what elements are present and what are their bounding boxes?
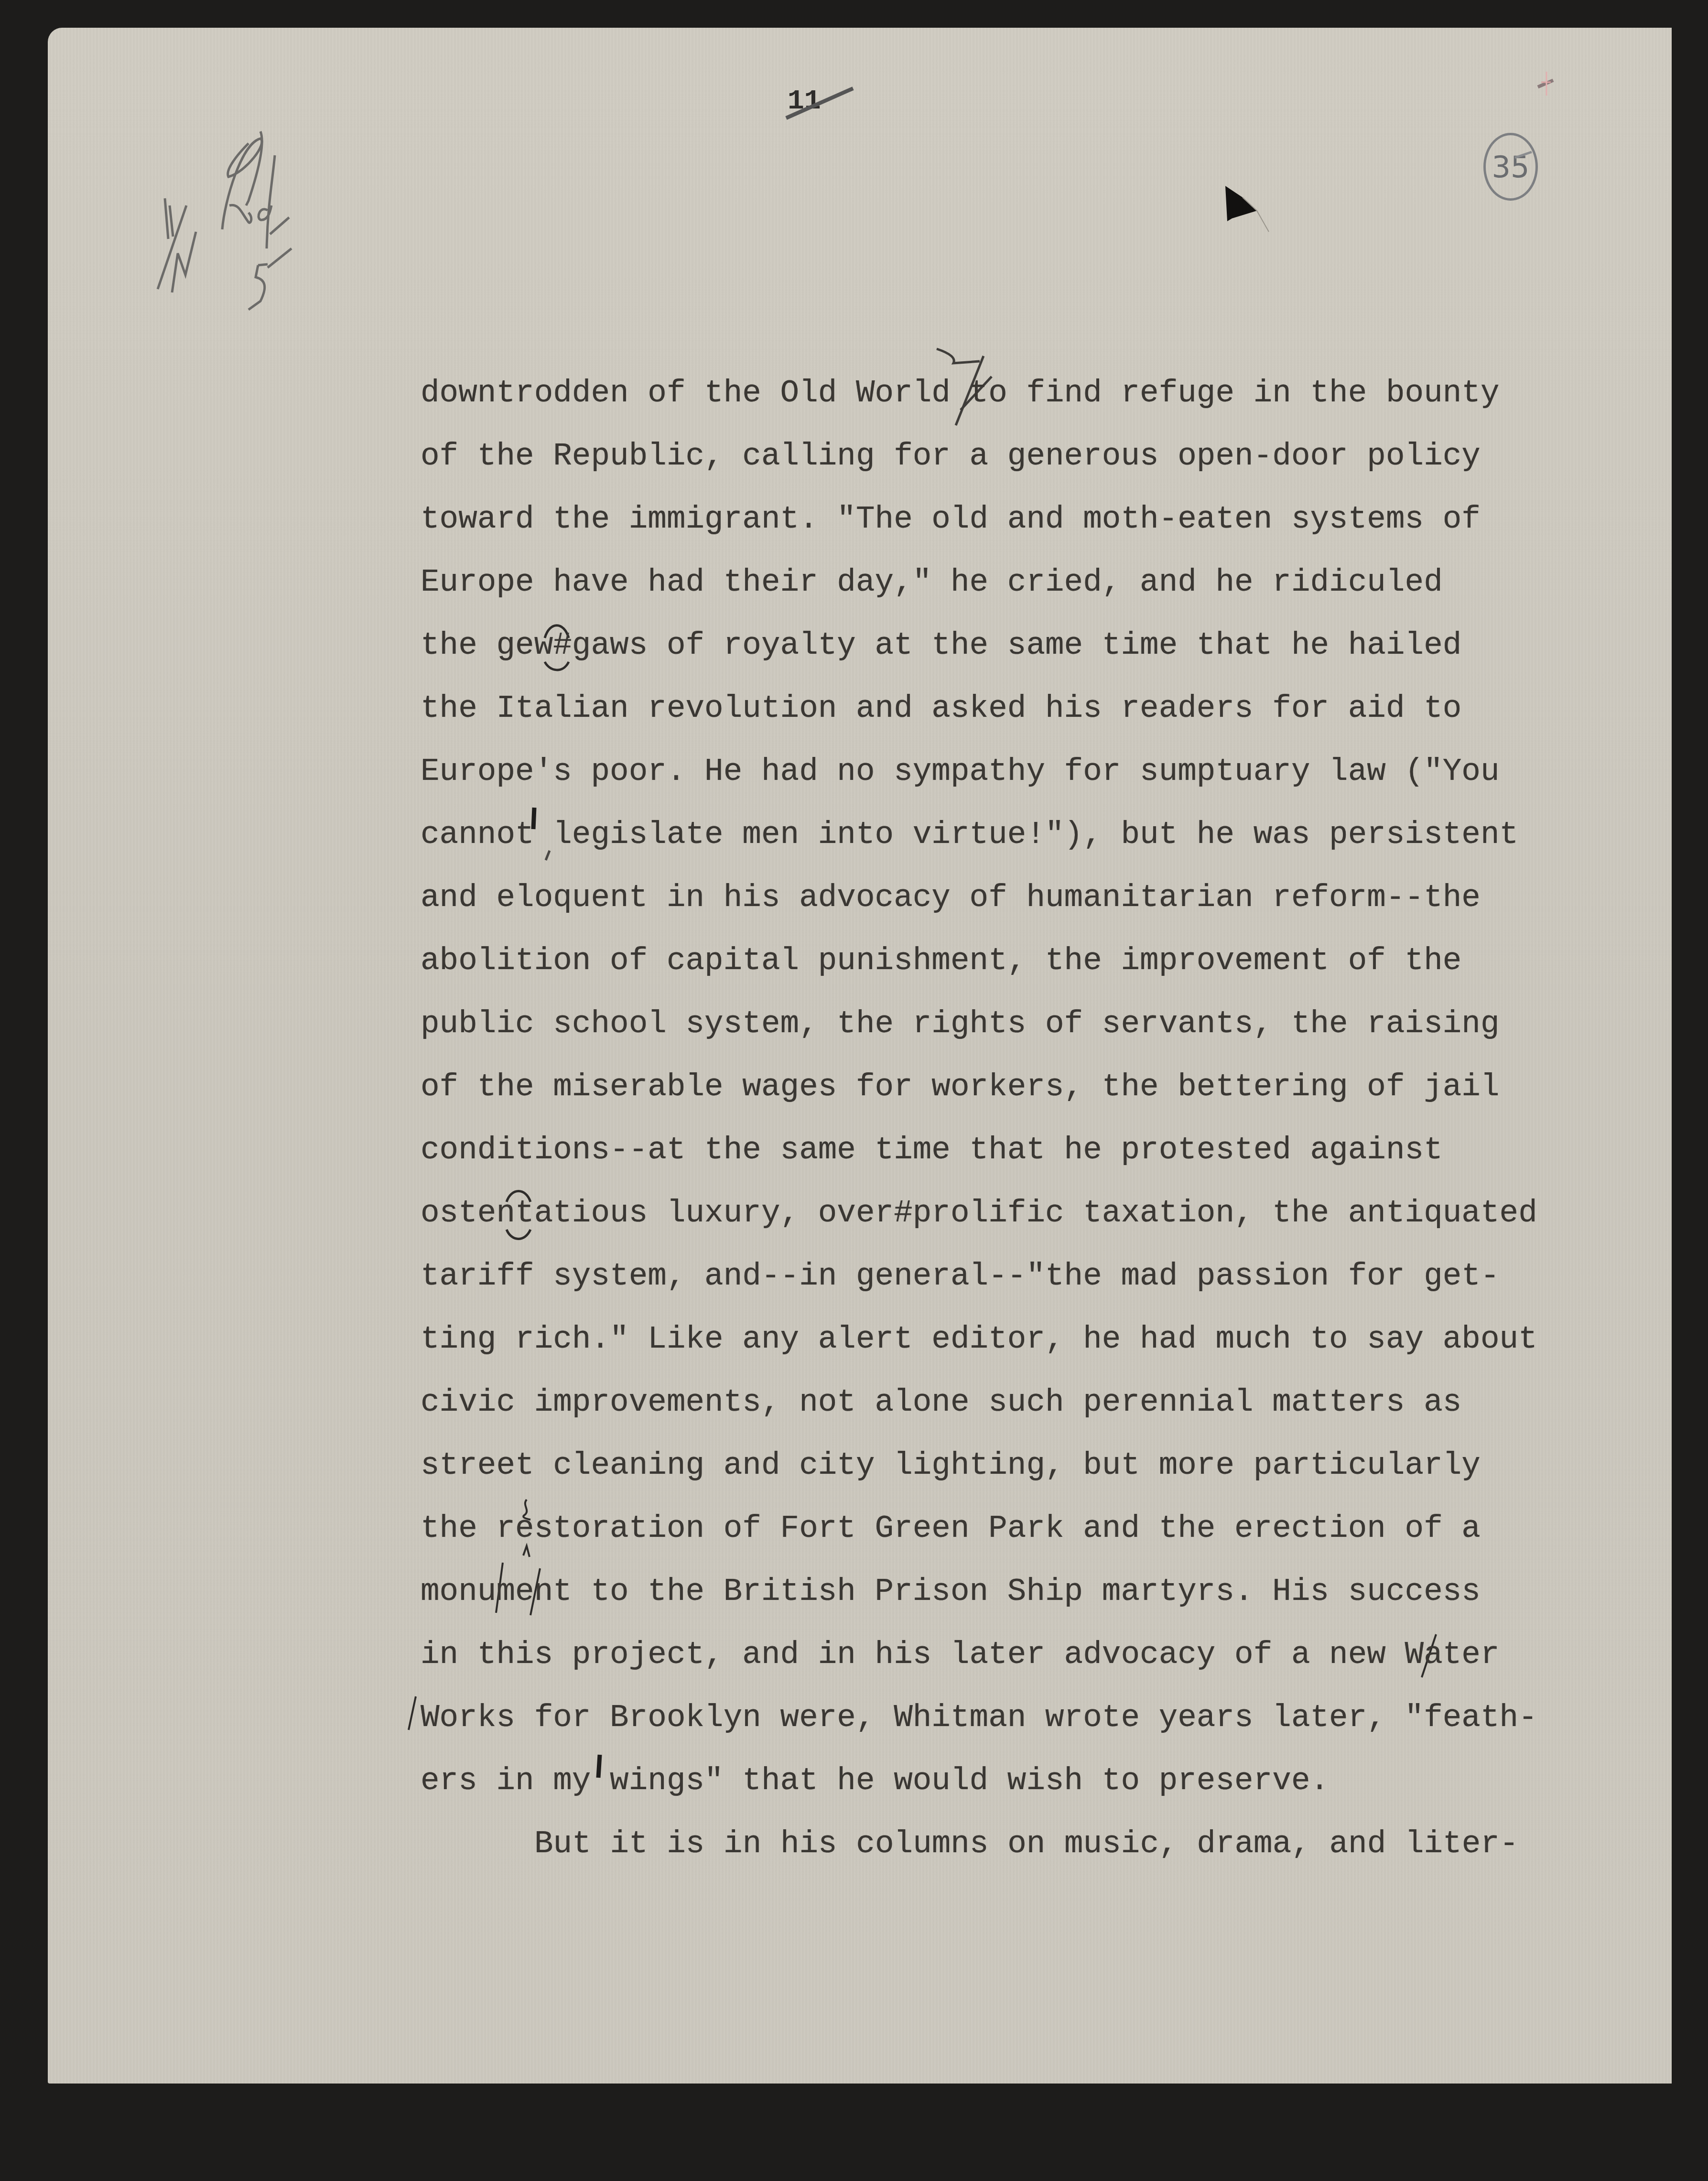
circled-page-number-text: 35 [1492,150,1530,184]
text-line: public school system, the rights of serv… [421,1008,1500,1040]
text-line: of the Republic, calling for a generous … [421,441,1481,472]
circled-page-number: 35 [1483,133,1538,201]
paper-tear-icon [1223,184,1276,237]
text-line: abolition of capital punishment, the imp… [421,945,1461,977]
text-line: toward the immigrant. "The old and moth-… [421,504,1481,535]
scanned-document: 11 35 [0,0,1708,2181]
text-line: the gew#gaws of royalty at the same time… [421,630,1461,661]
text-line: the restoration of Fort Green Park and t… [421,1513,1481,1544]
text-line: monument to the British Prison Ship mart… [421,1576,1481,1608]
text-line: conditions--at the same time that he pro… [421,1134,1443,1166]
text-line: Works for Brooklyn were, Whitman wrote y… [421,1702,1537,1734]
text-line: in this project, and in his later advoca… [421,1639,1500,1671]
text-line: ostentatious luxury, over#prolific taxat… [421,1198,1537,1229]
text-line: cannot legislate men into virtue!"), but… [421,819,1518,851]
text-line: and eloquent in his advocacy of humanita… [421,882,1481,914]
text-line: Europe have had their day," he cried, an… [421,567,1443,598]
typed-page-number: 11 [788,86,821,117]
text-line: the Italian revolution and asked his rea… [421,693,1461,724]
typed-body-text: downtrodden of the Old World to find ref… [0,0,76,820]
text-line: ers in my wings" that he would wish to p… [421,1765,1329,1797]
paragraph-start: But it is in his columns on music, drama… [534,1828,1519,1860]
text-line: civic improvements, not alone such peren… [421,1387,1461,1418]
text-line: of the miserable wages for workers, the … [421,1071,1500,1103]
text-line: ting rich." Like any alert editor, he ha… [421,1324,1537,1355]
text-line: downtrodden of the Old World to find ref… [421,378,1500,409]
text-line: tariff system, and--in general--"the mad… [421,1261,1500,1292]
text-line: Europe's poor. He had no sympathy for su… [421,756,1500,788]
text-line: street cleaning and city lighting, but m… [421,1450,1481,1481]
